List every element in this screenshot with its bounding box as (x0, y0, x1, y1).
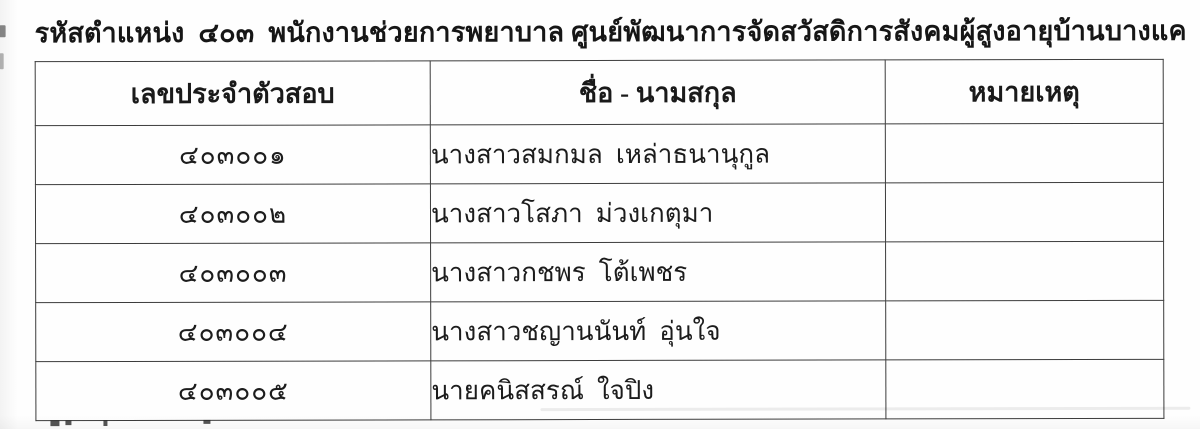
scan-edge-artifact (0, 25, 6, 37)
name-cell: นางสาวกชพร โต้เพชร (431, 242, 886, 302)
candidate-table: เลขประจำตัวสอบ ชื่อ - นามสกุล หมายเหตุ ๔… (35, 59, 1165, 421)
table-row: ๔๐๓๐๐๓ นางสาวกชพร โต้เพชร (36, 241, 1164, 302)
table-row: ๔๐๓๐๐๒ นางสาวโสภา ม่วงเกตุมา (35, 182, 1163, 243)
cropped-text-artifact (36, 420, 236, 429)
scanned-document-page: รหัสตำแหน่ง ๔๐๓ พนักงานช่วยการพยาบาล ศูน… (0, 0, 1200, 429)
column-header-exam-no: เลขประจำตัวสอบ (35, 61, 430, 126)
header-row: เลขประจำตัวสอบ ชื่อ - นามสกุล หมายเหตุ (35, 59, 1163, 125)
exam-no-cell: ๔๐๓๐๐๕ (36, 361, 431, 421)
exam-no-cell: ๔๐๓๐๐๔ (36, 302, 431, 362)
exam-no-cell: ๔๐๓๐๐๑ (35, 125, 430, 185)
table-row: ๔๐๓๐๐๑ นางสาวสมกมล เหล่าธนานุกูล (35, 123, 1163, 184)
candidate-table-body: ๔๐๓๐๐๑ นางสาวสมกมล เหล่าธนานุกูล ๔๐๓๐๐๒ … (35, 123, 1164, 420)
table-row: ๔๐๓๐๐๔ นางสาวชญานนันท์ อุ่นใจ (36, 300, 1164, 361)
name-cell: นางสาวสมกมล เหล่าธนานุกูล (430, 124, 885, 184)
document-body: รหัสตำแหน่ง ๔๐๓ พนักงานช่วยการพยาบาล ศูน… (0, 0, 1200, 429)
exam-no-cell: ๔๐๓๐๐๒ (35, 184, 430, 244)
remark-cell (885, 182, 1163, 242)
candidate-table-header: เลขประจำตัวสอบ ชื่อ - นามสกุล หมายเหตุ (35, 59, 1163, 125)
scan-edge-artifact (0, 53, 4, 69)
column-header-remark: หมายเหตุ (885, 59, 1163, 124)
column-header-name: ชื่อ - นามสกุล (430, 60, 885, 125)
remark-cell (885, 123, 1163, 183)
document-title: รหัสตำแหน่ง ๔๐๓ พนักงานช่วยการพยาบาล ศูน… (35, 9, 1165, 54)
name-cell: นางสาวโสภา ม่วงเกตุมา (430, 183, 885, 243)
remark-cell (886, 300, 1164, 360)
exam-no-cell: ๔๐๓๐๐๓ (36, 243, 431, 303)
remark-cell (886, 241, 1164, 301)
table-row: ๔๐๓๐๐๕ นายคนิสสรณ์ ใจปิง (36, 359, 1164, 420)
name-cell: นางสาวชญานนันท์ อุ่นใจ (431, 301, 886, 361)
